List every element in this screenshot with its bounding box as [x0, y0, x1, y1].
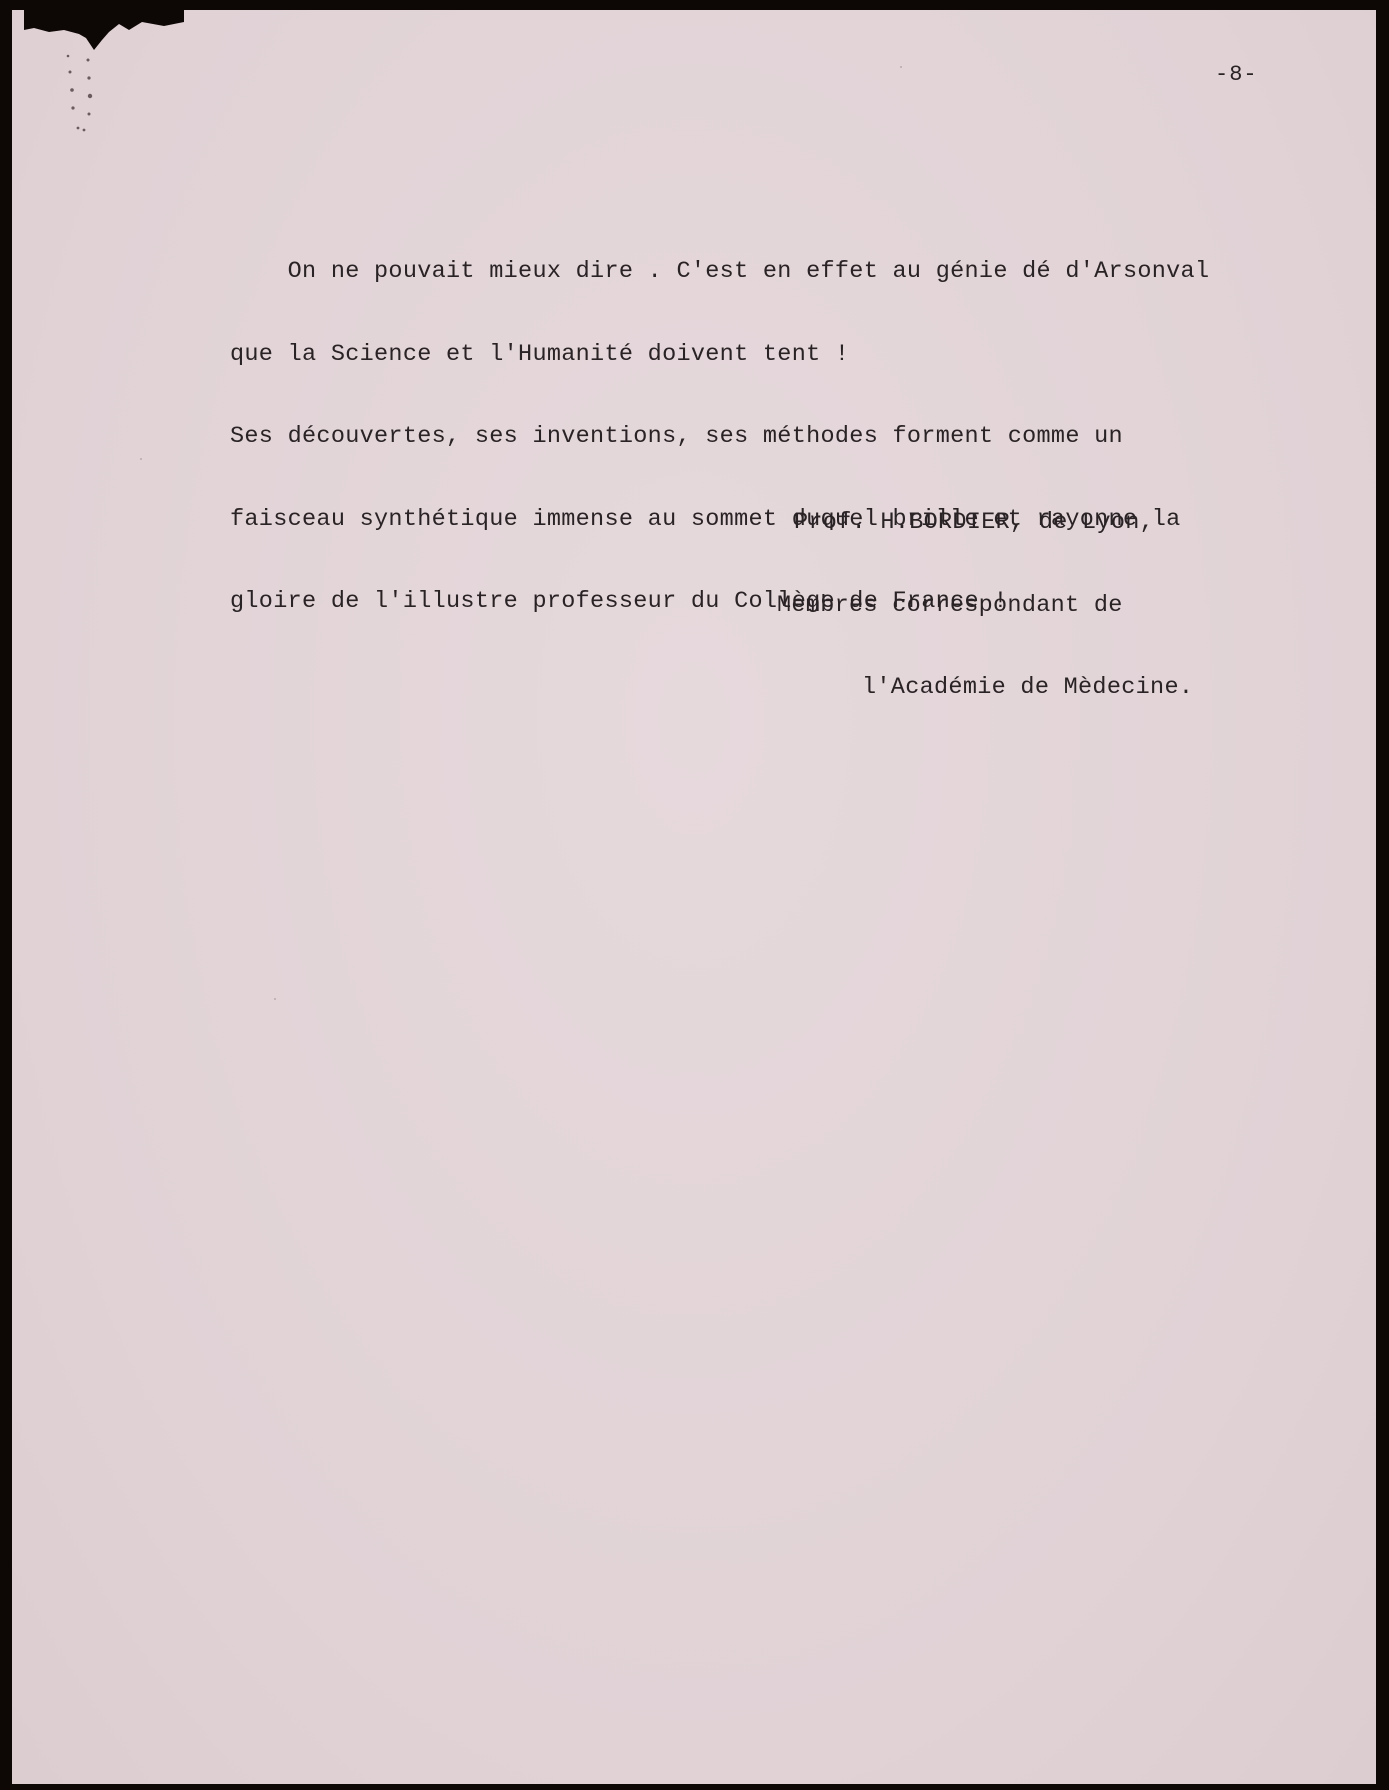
paper-speck: [274, 998, 276, 1000]
page-number: -8-: [1215, 62, 1258, 87]
signature-title: Membres correspondant de: [777, 592, 1193, 620]
paper-speck: [140, 458, 142, 460]
torn-corner-decoration: [24, 10, 184, 55]
signature-block: Prof. H.BORDIER, de Lyon, Membres corres…: [777, 454, 1193, 757]
signature-name: Prof. H.BORDIER, de Lyon,: [777, 509, 1193, 537]
paragraph-line: que la Science et l'Humanité doivent ten…: [230, 341, 1209, 369]
paragraph-line: On ne pouvait mieux dire . C'est en effe…: [230, 258, 1209, 286]
paper-speck: [900, 66, 902, 68]
document-page: -8- On ne pouvait mieux dire . C'est en …: [12, 10, 1376, 1784]
paragraph-line: Ses découvertes, ses inventions, ses mét…: [230, 423, 1209, 451]
staple-holes-decoration: [64, 50, 94, 140]
signature-institution: l'Académie de Mèdecine.: [777, 674, 1193, 702]
